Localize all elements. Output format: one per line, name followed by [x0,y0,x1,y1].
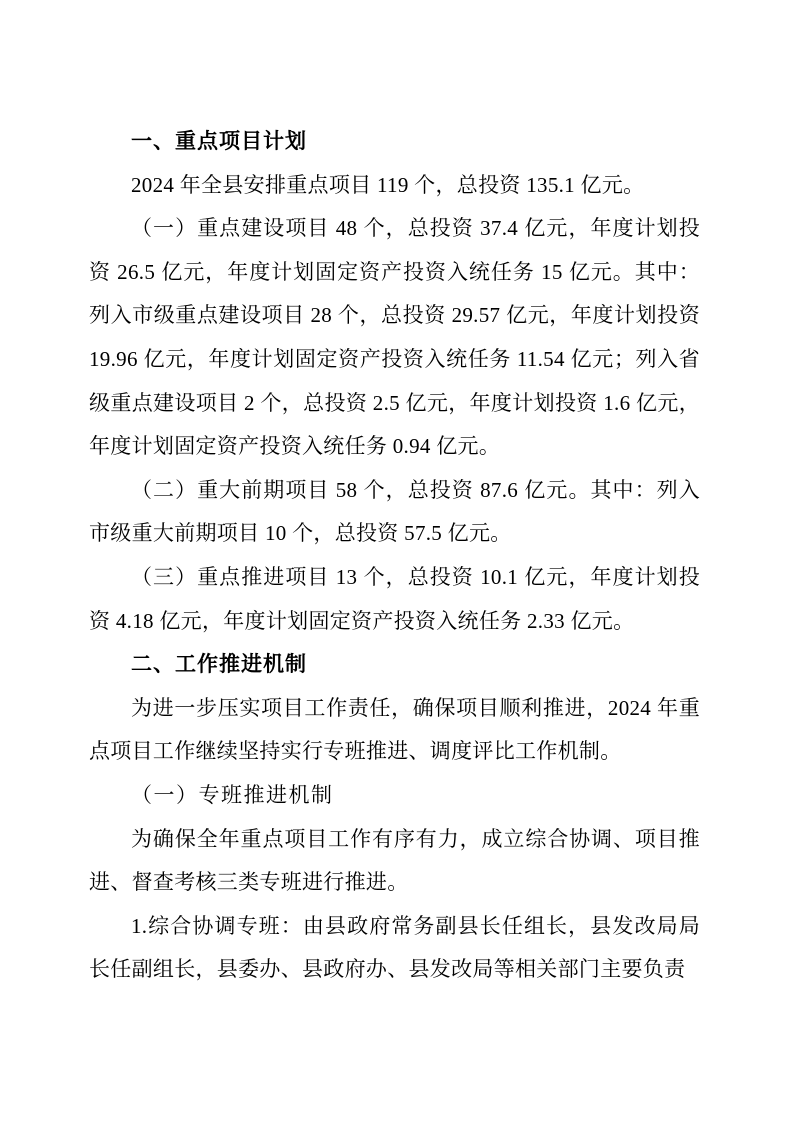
document-page: 一、重点项目计划 2024 年全县安排重点项目 119 个，总投资 135.1 … [0,0,793,1122]
section-heading-work-mechanism: 二、工作推进机制 [89,643,700,687]
para-coordination-team: 1.综合协调专班：由县政府常务副县长任组长，县发改局局长任副组长，县委办、县政府… [89,905,700,992]
para-key-promotion-projects: （三）重点推进项目 13 个，总投资 10.1 亿元，年度计划投资 4.18 亿… [89,556,700,643]
para-special-team-setup: 为确保全年重点项目工作有序有力，成立综合协调、项目推进、督查考核三类专班进行推进… [89,818,700,905]
para-work-mechanism-intro: 为进一步压实项目工作责任，确保项目顺利推进，2024 年重点项目工作继续坚持实行… [89,687,700,774]
para-key-construction-projects: （一）重点建设项目 48 个，总投资 37.4 亿元，年度计划投资 26.5 亿… [89,207,700,469]
para-major-preliminary-projects: （二）重大前期项目 58 个，总投资 87.6 亿元。其中：列入市级重大前期项目… [89,469,700,556]
para-project-totals: 2024 年全县安排重点项目 119 个，总投资 135.1 亿元。 [89,164,700,208]
section-heading-key-project-plan: 一、重点项目计划 [89,120,700,164]
subheading-special-team-mechanism: （一）专班推进机制 [89,774,700,818]
document-body: 一、重点项目计划 2024 年全县安排重点项目 119 个，总投资 135.1 … [89,120,700,992]
